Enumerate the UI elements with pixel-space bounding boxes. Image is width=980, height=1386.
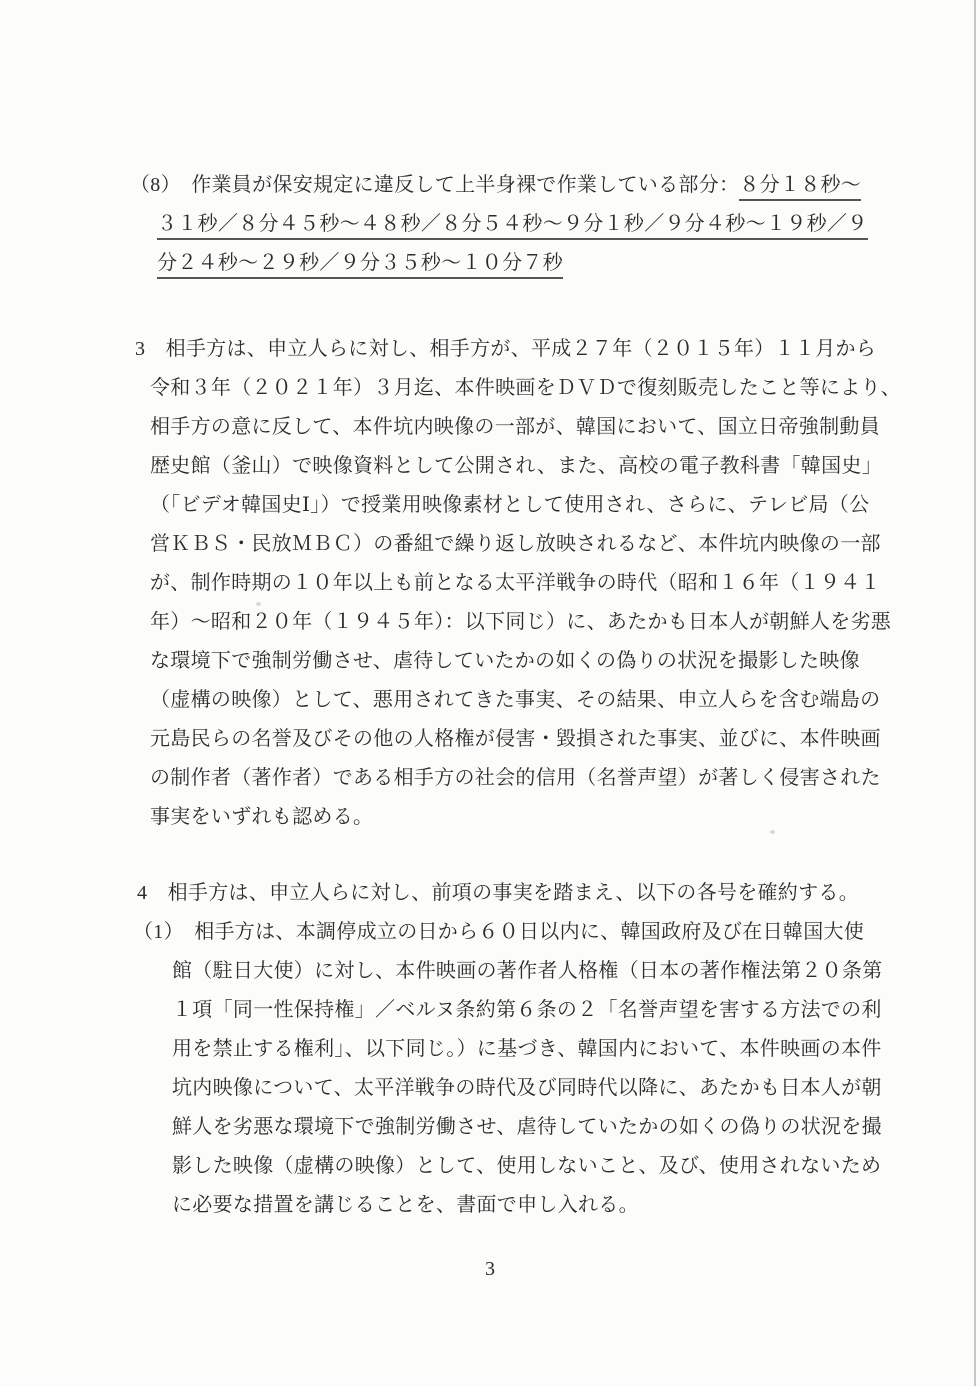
- text-line: 事実をいずれも認める。: [0, 798, 980, 837]
- text-segment: な環境下で強制労働させ、虐待していたかの如くの偽りの状況を撮影した映像: [150, 650, 860, 672]
- text-line: に必要な措置を講じることを、書面で申し入れる。: [0, 1186, 980, 1225]
- text-segment: （虚構の映像）として、悪用されてきた事実、その結果、申立人らを含む端島の: [150, 689, 880, 711]
- text-line: 令和３年（２０２１年）３月迄、本件映画をＤＶＤで復刻販売したこと等により、: [0, 369, 980, 408]
- text-segment: 鮮人を劣悪な環境下で強制労働させ、虐待していたかの如くの偽りの状況を撮: [172, 1116, 882, 1138]
- text-line: 鮮人を劣悪な環境下で強制労働させ、虐待していたかの如くの偽りの状況を撮: [0, 1108, 980, 1147]
- text-line: ３１秒／８分４５秒～４８秒／８分５４秒～９分１秒／９分４秒～１９秒／９: [0, 205, 980, 244]
- text-line: 坑内映像について、太平洋戦争の時代及び同時代以降に、あたかも日本人が朝: [0, 1069, 980, 1108]
- text-line: が、制作時期の１０年以上も前となる太平洋戦争の時代（昭和１６年（１９４１: [0, 564, 980, 603]
- text-line: 館（駐日大使）に対し、本件映画の著作者人格権（日本の著作権法第２０条第: [0, 952, 980, 991]
- text-segment: 年）～昭和２０年（１９４５年）：以下同じ）に、あたかも日本人が朝鮮人を劣悪: [150, 611, 891, 633]
- item-8: （8） 作業員が保安規定に違反して上半身裸で作業している部分：８分１８秒～３１秒…: [0, 166, 980, 283]
- text-line: （8） 作業員が保安規定に違反して上半身裸で作業している部分：８分１８秒～: [0, 166, 980, 205]
- text-segment: 営ＫＢＳ・民放ＭＢＣ）の番組で繰り返し放映されるなど、本件坑内映像の一部: [150, 533, 881, 555]
- text-segment: に必要な措置を講じることを、書面で申し入れる。: [172, 1194, 639, 1216]
- text-line: な環境下で強制労働させ、虐待していたかの如くの偽りの状況を撮影した映像: [0, 642, 980, 681]
- text-line: （「ビデオ韓国史Ⅰ」）で授業用映像素材として使用され、さらに、テレビ局（公: [0, 486, 980, 525]
- text-segment: 坑内映像について、太平洋戦争の時代及び同時代以降に、あたかも日本人が朝: [172, 1077, 882, 1099]
- text-line: 3 相手方は、申立人らに対し、相手方が、平成２７年（２０１５年）１１月から: [0, 330, 980, 369]
- text-segment: （「ビデオ韓国史Ⅰ」）で授業用映像素材として使用され、さらに、テレビ局（公: [150, 494, 869, 516]
- underlined-time-range: ３１秒／８分４５秒～４８秒／８分５４秒～９分１秒／９分４秒～１９秒／９: [157, 213, 868, 240]
- text-segment: 相手方の意に反して、本件坑内映像の一部が、韓国において、国立日帝強制動員: [150, 416, 880, 438]
- text-segment: が、制作時期の１０年以上も前となる太平洋戦争の時代（昭和１６年（１９４１: [150, 572, 881, 594]
- text-line: （1） 相手方は、本調停成立の日から６０日以内に、韓国政府及び在日韓国大使: [0, 913, 980, 952]
- text-line: 4 相手方は、申立人らに対し、前項の事実を踏まえ、以下の各号を確約する。: [0, 874, 980, 913]
- text-line: 年）～昭和２０年（１９４５年）：以下同じ）に、あたかも日本人が朝鮮人を劣悪: [0, 603, 980, 642]
- text-line: １項「同一性保持権」／ベルヌ条約第６条の２「名誉声望を害する方法での利: [0, 991, 980, 1030]
- text-segment: 事実をいずれも認める。: [150, 806, 373, 828]
- text-line: 影した映像（虚構の映像）として、使用しないこと、及び、使用されないため: [0, 1147, 980, 1186]
- text-line: 元島民らの名誉及びその他の人格権が侵害・毀損された事実、並びに、本件映画: [0, 720, 980, 759]
- text-segment: １項「同一性保持権」／ベルヌ条約第６条の２「名誉声望を害する方法での利: [172, 999, 882, 1021]
- underlined-time-range: ８分１８秒～: [739, 174, 861, 201]
- scan-speck: [770, 830, 775, 834]
- text-line: 営ＫＢＳ・民放ＭＢＣ）の番組で繰り返し放映されるなど、本件坑内映像の一部: [0, 525, 980, 564]
- text-segment: 用を禁止する権利」、以下同じ。）に基づき、韓国内において、本件映画の本件: [172, 1038, 882, 1060]
- text-line: の制作者（著作者）である相手方の社会的信用（名誉声望）が著しく侵害された: [0, 759, 980, 798]
- text-line: 相手方の意に反して、本件坑内映像の一部が、韓国において、国立日帝強制動員: [0, 408, 980, 447]
- scan-artifact-line: [974, 0, 976, 1386]
- scan-speck: [256, 602, 261, 606]
- text-segment: （1） 相手方は、本調停成立の日から６０日以内に、韓国政府及び在日韓国大使: [133, 921, 864, 943]
- text-line: （虚構の映像）として、悪用されてきた事実、その結果、申立人らを含む端島の: [0, 681, 980, 720]
- text-line: 分２４秒～２９秒／９分３５秒～１０分７秒: [0, 244, 980, 283]
- text-segment: の制作者（著作者）である相手方の社会的信用（名誉声望）が著しく侵害された: [150, 767, 881, 789]
- text-segment: （8） 作業員が保安規定に違反して上半身裸で作業している部分：: [130, 174, 739, 196]
- underlined-time-range: 分２４秒～２９秒／９分３５秒～１０分７秒: [157, 252, 563, 279]
- text-line: 用を禁止する権利」、以下同じ。）に基づき、韓国内において、本件映画の本件: [0, 1030, 980, 1069]
- para-4: 4 相手方は、申立人らに対し、前項の事実を踏まえ、以下の各号を確約する。（1） …: [0, 874, 980, 1225]
- text-segment: 館（駐日大使）に対し、本件映画の著作者人格権（日本の著作権法第２０条第: [172, 960, 883, 982]
- text-segment: 歴史館（釜山）で映像資料として公開され、また、高校の電子教科書「韓国史」: [150, 455, 882, 477]
- text-segment: 影した映像（虚構の映像）として、使用しないこと、及び、使用されないため: [172, 1155, 881, 1177]
- text-line: 歴史館（釜山）で映像資料として公開され、また、高校の電子教科書「韓国史」: [0, 447, 980, 486]
- text-segment: 3 相手方は、申立人らに対し、相手方が、平成２７年（２０１５年）１１月から: [135, 338, 876, 360]
- text-segment: 元島民らの名誉及びその他の人格権が侵害・毀損された事実、並びに、本件映画: [150, 728, 881, 750]
- text-segment: 4 相手方は、申立人らに対し、前項の事実を踏まえ、以下の各号を確約する。: [137, 882, 859, 904]
- document-page: （8） 作業員が保安規定に違反して上半身裸で作業している部分：８分１８秒～３１秒…: [0, 0, 980, 1386]
- para-3: 3 相手方は、申立人らに対し、相手方が、平成２７年（２０１５年）１１月から令和３…: [0, 330, 980, 837]
- text-segment: 令和３年（２０２１年）３月迄、本件映画をＤＶＤで復刻販売したこと等により、: [150, 377, 901, 399]
- page-number: 3: [0, 1250, 980, 1289]
